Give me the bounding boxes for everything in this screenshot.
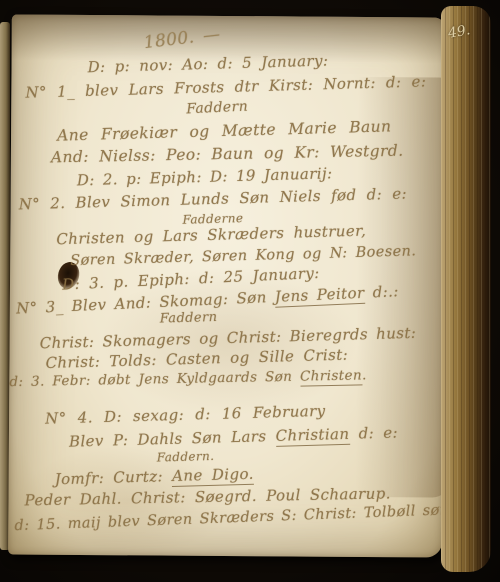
manuscript-page: 1800. — D: p: nov: Ao: d: 5 January:N° 1… bbox=[8, 14, 446, 557]
manuscript-lines: D: p: nov: Ao: d: 5 January:N° 1_ blev L… bbox=[12, 14, 446, 17]
underlined-name: Ane Digo. bbox=[172, 465, 254, 487]
manuscript-line: Christen og Lars Skræders hustruer, bbox=[56, 222, 366, 249]
underlined-name: Christian bbox=[275, 425, 349, 447]
manuscript-line: N° 4. D: sexag: d: 16 February bbox=[45, 402, 326, 428]
manuscript-line: And: Nielss: Peo: Baun og Kr: Westgrd. bbox=[51, 142, 404, 167]
underlined-name: Jens Peitor bbox=[274, 284, 365, 308]
manuscript-line: D: 2. p: Epiph: D: 19 Januarij: bbox=[77, 164, 333, 189]
manuscript-line: Blev P: Dahls Søn Lars Christian d: e: bbox=[69, 423, 398, 450]
year-heading: 1800. — bbox=[143, 24, 222, 53]
manuscript-line: Faddern bbox=[160, 310, 218, 327]
manuscript-line: Faddern. bbox=[157, 449, 215, 465]
book-edge bbox=[441, 6, 491, 572]
photograph-of-register: 1800. — D: p: nov: Ao: d: 5 January:N° 1… bbox=[0, 0, 500, 582]
manuscript-line: Søren Skræder, Søren Kong og N: Boesen. bbox=[70, 243, 416, 269]
manuscript-line: Faddern bbox=[186, 99, 249, 118]
manuscript-line: Jomfr: Curtz: Ane Digo. bbox=[54, 465, 254, 489]
manuscript-line: D: p: nov: Ao: d: 5 January: bbox=[87, 52, 328, 77]
manuscript-line: N° 1_ blev Lars Frosts dtr Kirst: Nornt:… bbox=[25, 72, 426, 101]
manuscript-line: Ane Frøekiær og Mætte Marie Baun bbox=[57, 117, 392, 144]
underlined-name: Christen bbox=[300, 367, 362, 386]
